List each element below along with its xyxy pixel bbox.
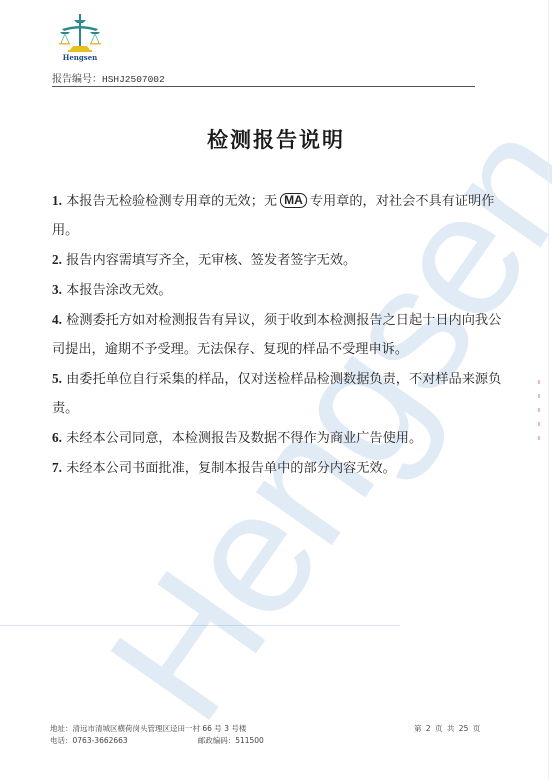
report-number: 报告编号：HSHJ2507002 [52, 74, 475, 87]
item-number: 1. [52, 193, 62, 208]
item-text: 未经本公司书面批准，复制本报告单中的部分内容无效。 [66, 461, 396, 476]
item-text: 报告内容需填写齐全，无审核、签发者签字无效。 [66, 253, 356, 268]
item-number: 3. [52, 282, 62, 297]
item-text: 本报告无检验检测专用章的无效；无 [66, 194, 277, 209]
footer-phone: 电话：0763-3662663 [50, 735, 128, 747]
scan-artifact-line [0, 625, 400, 626]
item-text: 由委托单位自行采集的样品，仅对送检样品检测数据负责，不对样品来源负责。 [52, 372, 501, 416]
list-item: 3. 本报告涂改无效。 [52, 275, 502, 305]
item-text: 未经本公司同意，本检测报告及数据不得作为商业广告使用。 [66, 431, 422, 446]
item-number: 6. [52, 430, 62, 445]
list-item: 5. 由委托单位自行采集的样品，仅对送检样品检测数据负责，不对样品来源负责。 [52, 364, 502, 423]
logo-text: Hengsen [60, 53, 100, 62]
report-number-label: 报告编号： [52, 74, 102, 85]
list-item: 1. 本报告无检验检测专用章的无效；无MA专用章的，对社会不具有证明作用。 [52, 186, 502, 245]
seal-edge-marks [538, 380, 541, 480]
page-number: 第 2 页 共 25 页 [414, 723, 480, 734]
item-number: 4. [52, 312, 62, 327]
item-text: 本报告涂改无效。 [66, 283, 172, 298]
footer-address: 地址：清远市清城区横荷岗头管理区迳田一村 66 号 3 号楼 [50, 723, 264, 735]
list-item: 4. 检测委托方如对检测报告有异议，须于收到本检测报告之日起十日内向我公司提出，… [52, 305, 502, 364]
notes-list: 1. 本报告无检验检测专用章的无效；无MA专用章的，对社会不具有证明作用。 2.… [52, 186, 502, 483]
report-number-value: HSHJ2507002 [102, 74, 165, 85]
list-item: 6. 未经本公司同意，本检测报告及数据不得作为商业广告使用。 [52, 423, 502, 453]
page-edge [548, 0, 549, 780]
item-number: 7. [52, 460, 62, 475]
footer-postal-code: 邮政编码：511500 [198, 735, 264, 747]
company-logo: Hengsen [56, 12, 104, 64]
page-title: 检测报告说明 [0, 124, 552, 154]
item-number: 5. [52, 371, 62, 386]
footer: 地址：清远市清城区横荷岗头管理区迳田一村 66 号 3 号楼 电话：0763-3… [50, 723, 264, 747]
cma-mark-icon: MA [280, 193, 307, 208]
list-item: 7. 未经本公司书面批准，复制本报告单中的部分内容无效。 [52, 453, 502, 483]
item-number: 2. [52, 252, 62, 267]
list-item: 2. 报告内容需填写齐全，无审核、签发者签字无效。 [52, 245, 502, 275]
item-text: 检测委托方如对检测报告有异议，须于收到本检测报告之日起十日内向我公司提出，逾期不… [52, 313, 501, 357]
